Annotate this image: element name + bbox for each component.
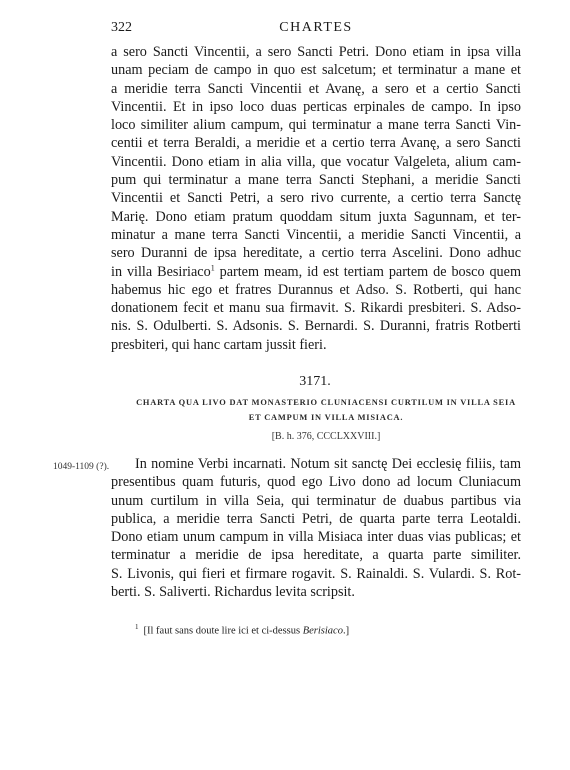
text-line: presentibus quam futuris, quod ego Livo … xyxy=(111,473,521,491)
charter-text: In nomine Verbi incarnati. Notum sit san… xyxy=(111,455,521,601)
text-line: In nomine Verbi incarnati. Notum sit san… xyxy=(111,455,521,473)
text-fragment: in villa Besiriaco xyxy=(111,264,211,280)
text-line: S. Livonis, qui fieri et firmare rogavit… xyxy=(111,565,521,583)
continuation-text: a sero Sancti Vincentii, a sero Sancti P… xyxy=(111,43,521,354)
footnote: 1[Il faut sans doute lire ici et ci-dess… xyxy=(135,623,349,637)
text-line: presbiteri, qui hanc cartam jussit fieri… xyxy=(111,336,521,354)
text-line: Marię. Dono etiam pratum quoddam situm j… xyxy=(111,208,521,226)
charter-title-line-2: ET CAMPUM IN VILLA MISIACA. xyxy=(111,413,541,422)
text-line: publica, a meridie terra Sancti Petri, d… xyxy=(111,510,521,528)
text-line: terminatur a meridie de ipsa hereditate,… xyxy=(111,546,521,564)
footnote-mark: 1 xyxy=(135,623,139,631)
charter-number: 3171. xyxy=(30,374,570,390)
text-line: a meridie terra Sancti Vincentii et Avan… xyxy=(111,80,521,98)
text-line: donationem fecit et manu sua firmavit. S… xyxy=(111,299,521,317)
footnote-text: [Il faut sans doute lire ici et ci-dessu… xyxy=(144,626,303,637)
text-line: unam peciam de campo in quo est salcetum… xyxy=(111,61,521,79)
text-fragment: partem meam, id est tertiam partem de bo… xyxy=(215,264,521,280)
text-line: minatur a mane terra Sancti Vincentii, a… xyxy=(111,226,521,244)
text-line: sero Duranni de ipsa hereditate, a certi… xyxy=(111,244,521,262)
text-line: a sero Sancti Vincentii, a sero Sancti P… xyxy=(111,43,521,61)
charter-date: 1049-1109 (?). xyxy=(53,462,109,472)
text-line: Dono etiam unum campum in villa Misiaca … xyxy=(111,528,521,546)
text-line: Vincentii. Et in ipso loco duas perticas… xyxy=(111,98,521,116)
text-line: nis. S. Odulberti. S. Adsonis. S. Bernar… xyxy=(111,317,521,335)
text-line: loco similiter alium campum, qui termina… xyxy=(111,116,521,134)
text-line: pum qui terminatur a mane terra Sancti S… xyxy=(111,171,521,189)
text-line: Vincentii. Dono etiam in alia villa, que… xyxy=(111,153,521,171)
text-line: centii et terra Beraldi, a meridie et a … xyxy=(111,134,521,152)
book-page: 322 CHARTES a sero Sancti Vincentii, a s… xyxy=(0,0,570,770)
text-line-with-footnote: in villa Besiriaco1 partem meam, id est … xyxy=(111,263,521,281)
charter-reference: [B. h. 376, CCCLXXVIII.] xyxy=(111,431,541,442)
footnote-end: .] xyxy=(343,626,349,637)
text-line: unum curtilum in villa Seia, qui termina… xyxy=(111,492,521,510)
footnote-italic: Berisiaco xyxy=(303,626,343,637)
running-title: CHARTES xyxy=(111,20,521,36)
text-line: berti. S. Saliverti. Richardus levita sc… xyxy=(111,583,521,601)
text-line: Vincentii et Sancti Petri, a sero rivo c… xyxy=(111,189,521,207)
charter-title-line-1: CHARTA QUA LIVO DAT MONASTERIO CLUNIACEN… xyxy=(111,398,541,407)
text-line: habemus hic ego et fratres Durannus et A… xyxy=(111,281,521,299)
running-head: 322 CHARTES xyxy=(111,20,521,40)
